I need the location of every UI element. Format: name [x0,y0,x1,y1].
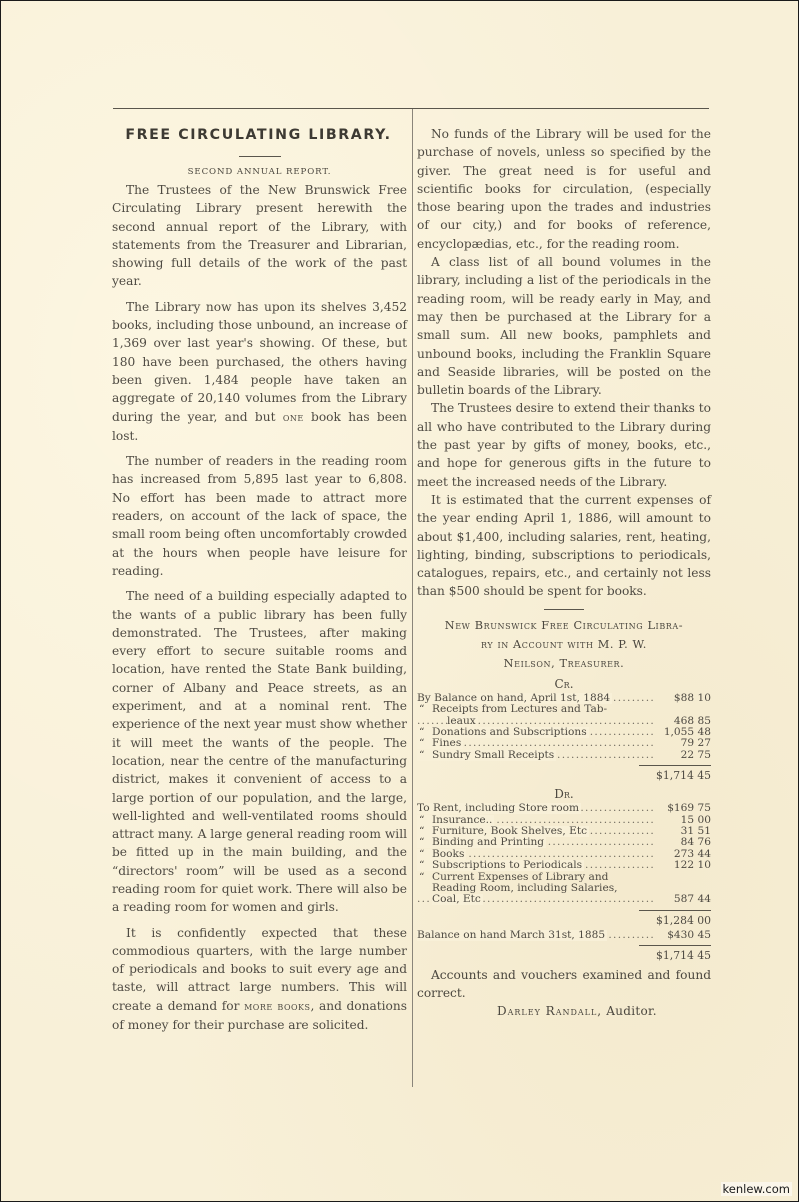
balance-amount: $430 45 [655,930,711,941]
row-amount: 22 75 [655,750,711,761]
paragraph-intro: The Trustees of the New Brunswick Free C… [112,181,407,291]
row-desc: Coal, Etc [432,894,483,905]
title-rule [239,156,281,157]
row-desc-line: Receipts from Lectures and Tab- [432,704,607,715]
ditto-mark: “ [417,704,432,715]
auditor-title: Auditor. [606,1004,657,1018]
ledger-row: “Sundry Small Receipts 22 75 [417,750,711,761]
account-heading-line: Neilson, Treasurer. [417,654,711,673]
row-desc: Donations and Subscriptions [432,727,587,738]
paragraph-reading-room: The number of readers in the reading roo… [112,452,407,580]
balance-row: Balance on hand March 31st, 1885 $430 45 [417,930,711,941]
row-desc: Subscriptions to Periodicals [432,860,582,871]
total-rule [639,945,711,946]
ledger-row: “Furniture, Book Shelves, Etc 31 51 [417,826,711,837]
ditto-mark: “ [417,738,432,749]
article-subtitle: SECOND ANNUAL REPORT. [112,167,407,177]
ledger-row: “Subscriptions to Periodicals 122 10 [417,860,711,871]
ledger-row: “Binding and Printing 84 76 [417,837,711,848]
ledger-row: “Insurance.. 15 00 [417,815,711,826]
ditto-mark: “ [417,815,432,826]
row-amount: 587 44 [655,894,711,905]
row-desc-line: Reading Room, including Salaries, [432,883,618,894]
right-column: No funds of the Library will be used for… [417,125,711,1018]
row-desc: Furniture, Book Shelves, Etc [432,826,587,837]
row-desc: Binding and Printing [432,837,544,848]
ledger-row: “Books 273 44 [417,849,711,860]
article-title: FREE CIRCULATING LIBRARY. [110,127,407,143]
ditto-mark: “ [417,727,432,738]
subtotal-rule [639,910,711,911]
account-rule [544,609,584,610]
ledger-row: To Rent, including Store room $169 75 [417,803,711,814]
balance-desc: Balance on hand March 31st, 1885 [417,930,607,941]
account-heading-line: New Brunswick Free Circulating Libra- [417,616,711,635]
ledger-row: Coal, Etc 587 44 [417,894,711,905]
auditor-signature: Darley Randall, Auditor. [497,1004,711,1018]
row-prefix: To [417,803,430,814]
paragraph-new-building: The need of a building especially adapte… [112,587,407,916]
ditto-mark: “ [417,860,432,871]
ditto-mark: “ [417,872,432,883]
audit-statement: Accounts and vouchers examined and found… [417,966,711,1002]
debit-ledger: To Rent, including Store room $169 75 “I… [417,803,711,963]
total-rule [639,765,711,766]
row-amount: $169 75 [655,803,711,814]
debit-total: $1,714 45 [417,949,711,963]
paragraph-class-list: A class list of all bound volumes in the… [417,253,711,399]
ditto-mark: “ [417,837,432,848]
account-heading-line: ry in Account with M. P. W. [417,635,711,654]
smallcaps-one: one [283,411,304,424]
paragraph-funds: No funds of the Library will be used for… [417,125,711,253]
debit-subtotal: $1,284 00 [417,914,711,928]
paragraph-expectations: It is confidently expected that these co… [112,924,407,1035]
smallcaps-more-books: more books [244,1000,310,1013]
ditto-mark: “ [417,826,432,837]
row-desc: Books [432,849,464,860]
ditto-mark: “ [417,849,432,860]
ledger-row: “Fines 79 27 [417,738,711,749]
credit-label: Cr. [417,677,711,691]
column-divider [412,109,413,1087]
paragraph-text: The Library now has upon its shelves 3,4… [112,300,407,424]
row-desc-line: Current Expenses of Library and [432,872,608,883]
debit-label: Dr. [417,787,711,801]
row-desc: Insurance.. [432,815,492,826]
paragraph-estimate: It is estimated that the current expense… [417,491,711,601]
row-desc: leaux [447,716,478,727]
watermark-link: kenlew.com [721,1182,792,1196]
row-desc: Balance on hand, April 1st, 1884 [434,693,610,704]
row-desc: Rent, including Store room [433,803,579,814]
scanned-document-page: FREE CIRCULATING LIBRARY. SECOND ANNUAL … [1,1,798,1201]
row-amount: $88 10 [655,693,711,704]
account-heading: New Brunswick Free Circulating Libra- ry… [417,616,711,673]
left-column: FREE CIRCULATING LIBRARY. SECOND ANNUAL … [112,121,407,1041]
ledger-row: “Current Expenses of Library and [417,872,711,883]
ledger-row: Reading Room, including Salaries, [417,883,711,894]
auditor-name: Darley Randall, [497,1004,602,1018]
row-prefix: By [417,693,431,704]
row-desc: Fines [432,738,461,749]
paragraph-book-stats: The Library now has upon its shelves 3,4… [112,298,407,445]
ledger-row: “Donations and Subscriptions 1,055 48 [417,727,711,738]
ledger-row: “Receipts from Lectures and Tab- [417,704,711,715]
ditto-mark: “ [417,750,432,761]
row-desc: Sundry Small Receipts [432,750,554,761]
credit-total: $1,714 45 [417,769,711,783]
ledger-row: By Balance on hand, April 1st, 1884 $88 … [417,693,711,704]
credit-ledger: By Balance on hand, April 1st, 1884 $88 … [417,693,711,783]
top-rule [113,108,709,109]
paragraph-thanks: The Trustees desire to extend their than… [417,399,711,490]
row-amount: 122 10 [655,860,711,871]
